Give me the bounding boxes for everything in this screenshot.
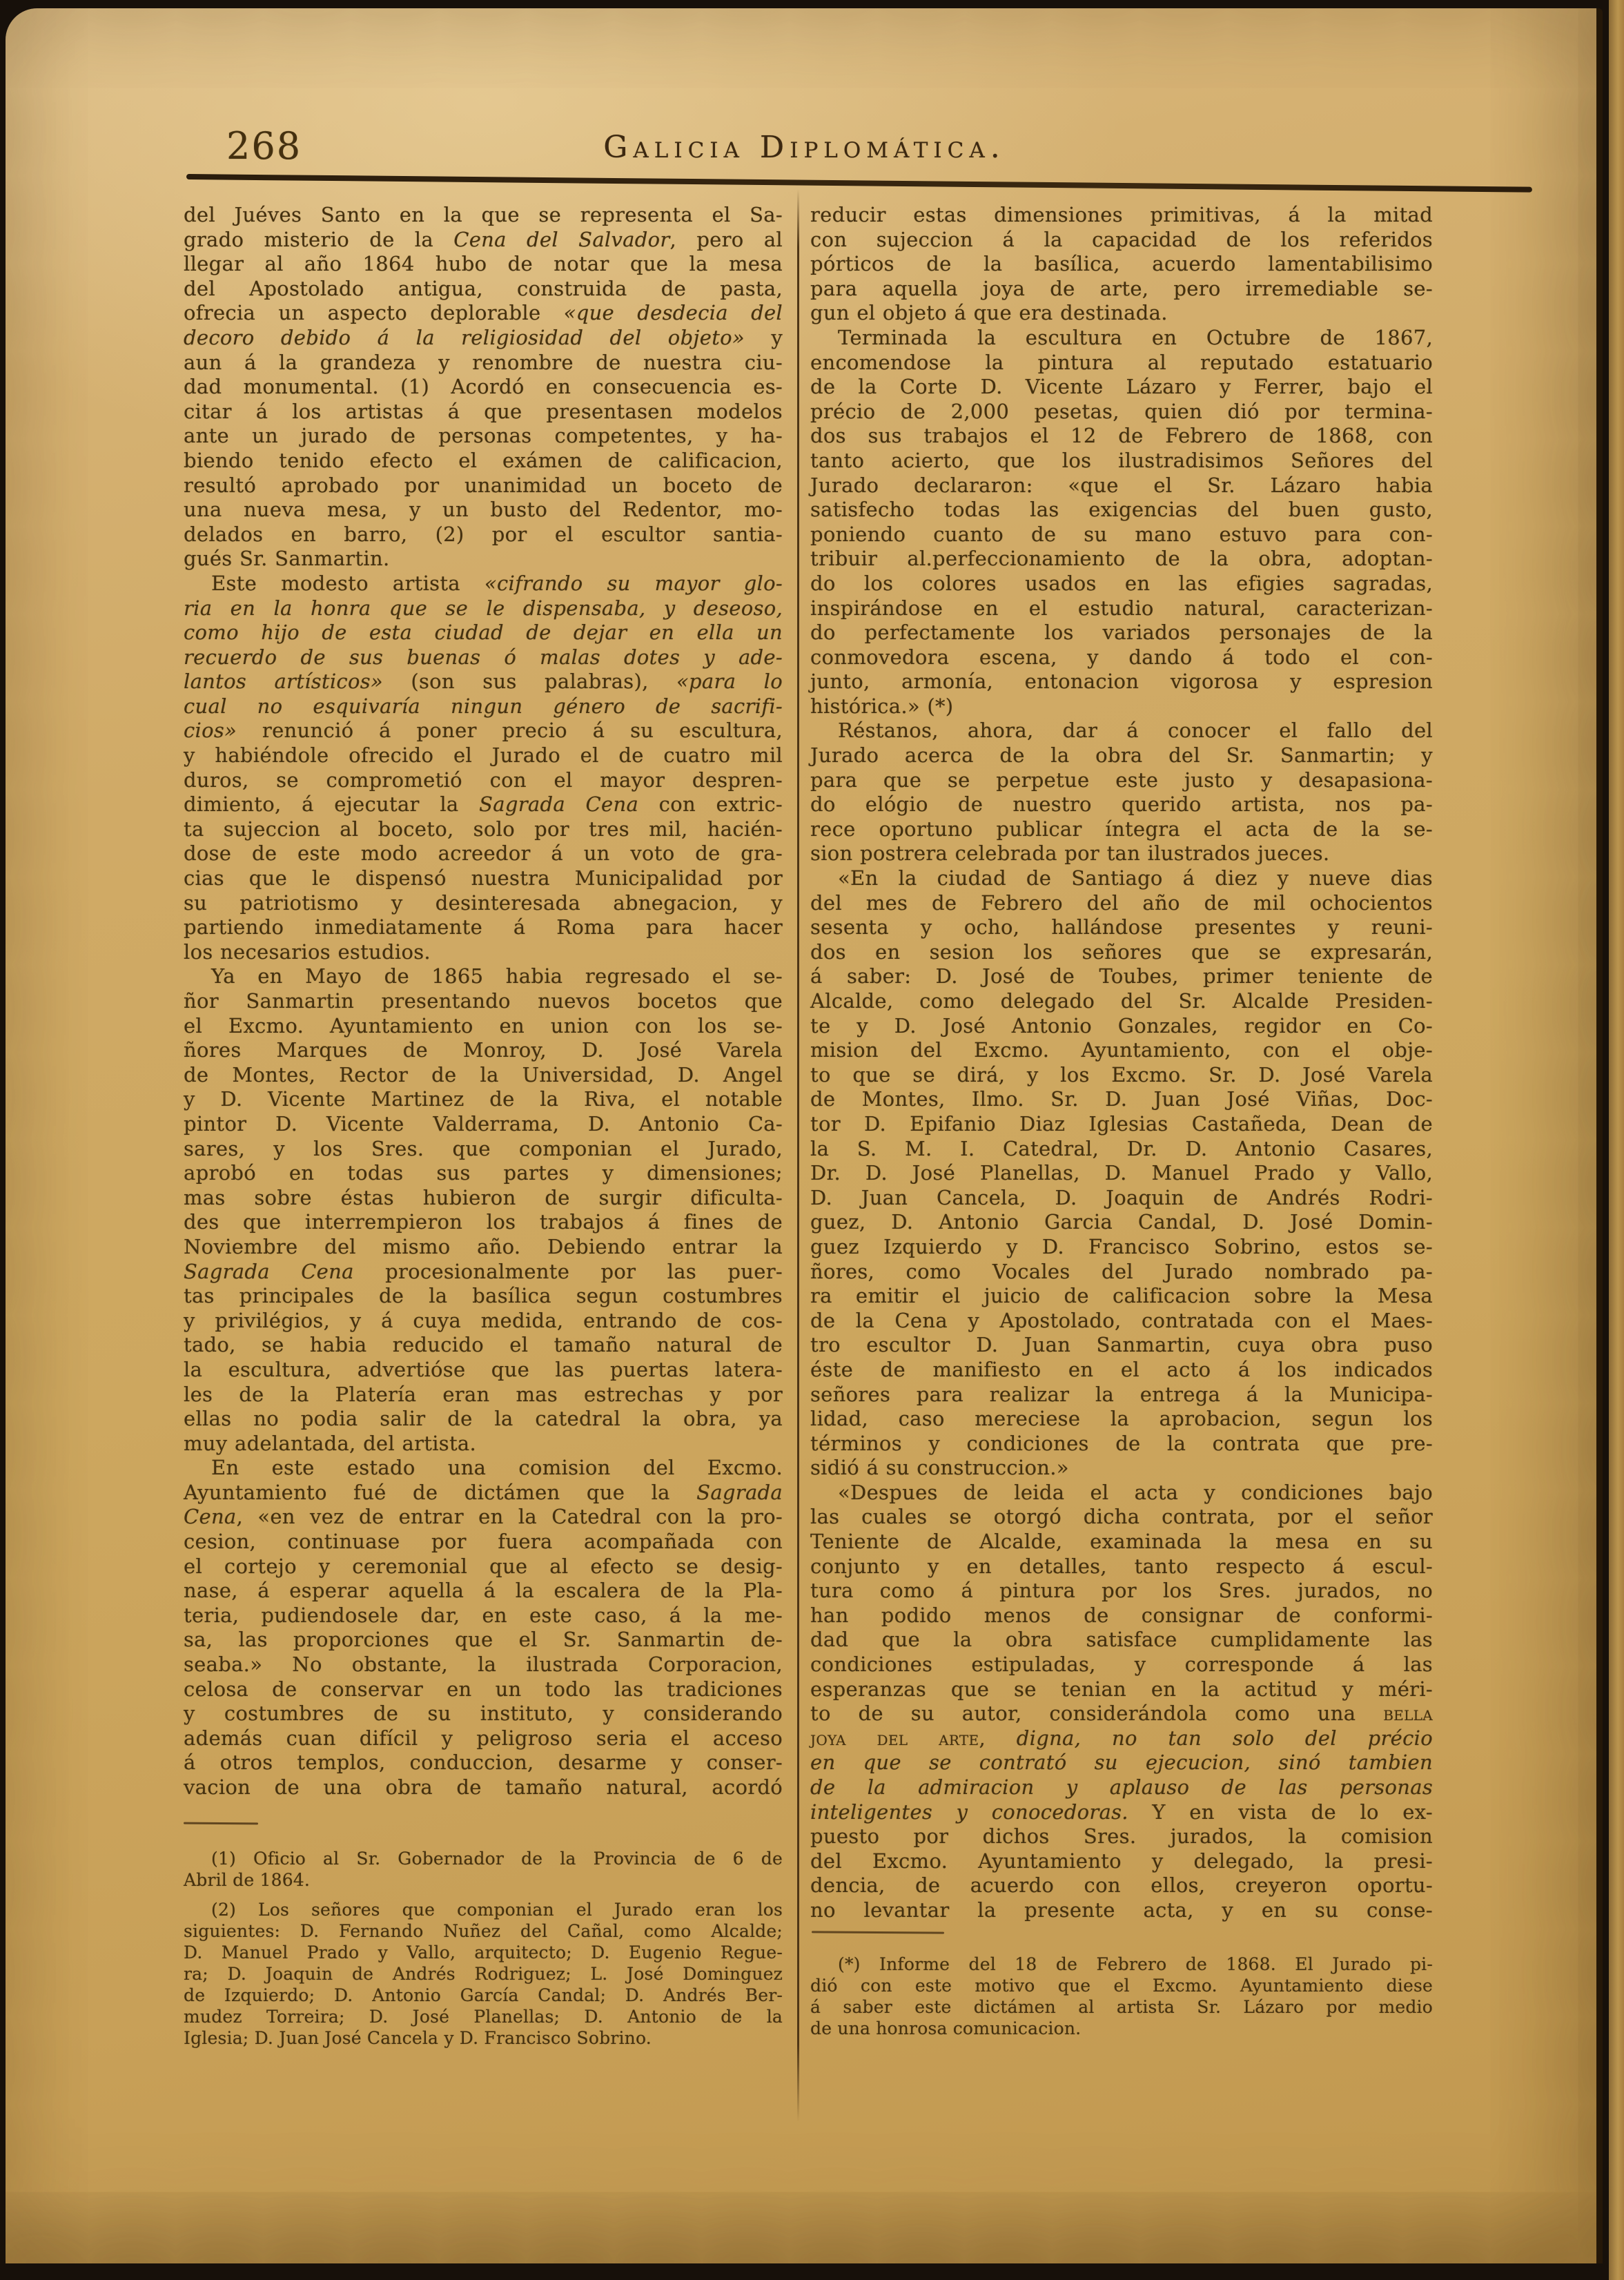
text-line: inteligentes y conocedoras. Y en vista d…: [810, 1800, 1433, 1825]
footnote-line: (*) Informe del 18 de Febrero de 1868. E…: [810, 1953, 1433, 1975]
text-line: D. Juan Cancela, D. Joaquin de Andrés Ro…: [810, 1186, 1433, 1211]
text-line: el cortejo y ceremonial que al efecto se…: [184, 1555, 783, 1579]
text-line: conjunto y en detalles, tanto respecto á…: [810, 1555, 1433, 1579]
text-line: y privilégios, y á cuya medida, entrando…: [184, 1309, 783, 1334]
text-line: do elógio de nuestro querido artista, no…: [810, 792, 1433, 817]
text-line: el Excmo. Ayuntamiento en union con los …: [184, 1014, 783, 1039]
text-line: ñores Marques de Monroy, D. José Varela: [184, 1038, 783, 1063]
right-column: reducir estas dimensiones primitivas, á …: [810, 203, 1433, 1923]
text-line: gun el objeto á que era destinada.: [810, 301, 1433, 326]
text-line: dad que la obra satisface cumplidamente …: [810, 1628, 1433, 1653]
text-line: de Montes, Rector de la Universidad, D. …: [184, 1063, 783, 1088]
text-line: précio de 2,000 pesetas, quien dió por t…: [810, 400, 1433, 425]
text-line: los necesarios estudios.: [184, 940, 783, 965]
text-line: to que se dirá, y los Excmo. Sr. D. José…: [810, 1063, 1433, 1088]
text-line: sion postrera celebrada por tan ilustrad…: [810, 841, 1433, 866]
text-line: y costumbres de su instituto, y consider…: [184, 1702, 783, 1726]
text-line: poniendo cuanto de su mano estuvo para c…: [810, 523, 1433, 547]
text-line: tura como á pintura por los Sres. jurado…: [810, 1579, 1433, 1604]
text-line: muy adelantada, del artista.: [184, 1432, 783, 1456]
text-line: rece oportuno publicar íntegra el acta d…: [810, 817, 1433, 842]
column-divider-rule: [797, 189, 799, 2122]
text-line: lantos artísticos» (son sus palabras), «…: [184, 670, 783, 694]
text-line: En este estado una comision del Excmo.: [184, 1456, 783, 1481]
text-line: ria en la honra que se le dispensaba, y …: [184, 596, 783, 621]
text-line: seaba.» No obstante, la ilustrada Corpor…: [184, 1653, 783, 1677]
text-line: á otros templos, conduccion, desarme y c…: [184, 1751, 783, 1775]
text-line: nase, á esperar aquella á la escalera de…: [184, 1579, 783, 1604]
footnote-line: de una honrosa comunicacion.: [810, 2018, 1433, 2039]
text-line: han podido menos de consignar de conform…: [810, 1604, 1433, 1628]
text-line: Réstanos, ahora, dar á conocer el fallo …: [810, 719, 1433, 743]
text-line: las cuales se otorgó dicha contrata, por…: [810, 1505, 1433, 1530]
footnote-line: (2) Los señores que componian el Jurado …: [184, 1899, 783, 1920]
text-line: puesto por dichos Sres. jurados, la comi…: [810, 1824, 1433, 1849]
text-line: pintor D. Vicente Valderrama, D. Antonio…: [184, 1112, 783, 1137]
text-line: tro escultor D. Juan Sanmartin, cuya obr…: [810, 1333, 1433, 1358]
text-line: condiciones estipuladas, y corresponde á…: [810, 1653, 1433, 1677]
text-line: reducir estas dimensiones primitivas, á …: [810, 203, 1433, 228]
text-line: para que se perpetue este justo y desapa…: [810, 768, 1433, 793]
scanned-page: 268 Galicia Diplomática. del Juéves Sant…: [0, 0, 1624, 2280]
text-line: Este modesto artista «cifrando su mayor …: [184, 572, 783, 596]
text-line: la escultura, advertióse que las puertas…: [184, 1358, 783, 1383]
text-line: mas sobre éstas hubieron de surgir dific…: [184, 1186, 783, 1211]
text-line: sidió á su construccion.»: [810, 1456, 1433, 1481]
text-line: satisfecho todas las exigencias del buen…: [810, 498, 1433, 523]
text-line: del Excmo. Ayuntamiento y delegado, la p…: [810, 1849, 1433, 1874]
page-title: Galicia Diplomática.: [178, 130, 1431, 165]
text-line: junto, armonía, entonacion vigorosa y es…: [810, 670, 1433, 694]
text-line: vacion de una obra de tamaño natural, ac…: [184, 1775, 783, 1800]
text-line: Ya en Mayo de 1865 habia regresado el se…: [184, 964, 783, 989]
text-line: do perfectamente los variados personajes…: [810, 621, 1433, 645]
text-line: sesenta y ocho, hallándose presentes y r…: [810, 915, 1433, 940]
text-line: grado misterio de la Cena del Salvador, …: [184, 228, 783, 253]
footnote-line: siguientes: D. Fernando Nuñez del Cañal,…: [184, 1920, 783, 1942]
footnote-line: ra; D. Joaquin de Andrés Rodriguez; L. J…: [184, 1963, 783, 1985]
text-line: dos sus trabajos el 12 de Febrero de 186…: [810, 424, 1433, 449]
text-line: recuerdo de sus buenas ó malas dotes y a…: [184, 645, 783, 670]
left-footnotes: (1) Oficio al Sr. Gobernador de la Provi…: [184, 1848, 783, 2049]
text-line: del Apostolado antigua, construida de pa…: [184, 277, 783, 302]
text-line: á saber: D. José de Toubes, primer tenie…: [810, 964, 1433, 989]
text-line: dad monumental. (1) Acordó en consecuenc…: [184, 375, 783, 400]
text-line: Jurado declararon: «que el Sr. Lázaro ha…: [810, 474, 1433, 498]
text-line: tas principales de la basílica segun cos…: [184, 1284, 783, 1309]
text-line: de Montes, Ilmo. Sr. D. Juan José Viñas,…: [810, 1087, 1433, 1112]
text-line: «En la ciudad de Santiago á diez y nueve…: [810, 866, 1433, 891]
text-line: éste de manifiesto en el acto á los indi…: [810, 1358, 1433, 1383]
text-line: des que interrempieron los trabajos á fi…: [184, 1210, 783, 1235]
text-line: inspirándose en el estudio natural, cara…: [810, 596, 1433, 621]
text-line: ra emitir el juicio de calificacion sobr…: [810, 1284, 1433, 1309]
right-footnote: (*) Informe del 18 de Febrero de 1868. E…: [810, 1953, 1433, 2039]
text-line: tanto acierto, que los ilustradisimos Se…: [810, 449, 1433, 474]
text-line: gués Sr. Sanmartin.: [184, 547, 783, 572]
text-line: les de la Platería eran mas estrechas y …: [184, 1383, 783, 1407]
text-line: cios» renunció á poner precio á su escul…: [184, 719, 783, 743]
text-line: su patriotismo y desinteresada abnegacio…: [184, 891, 783, 916]
text-line: do los colores usados en las efigies sag…: [810, 572, 1433, 596]
text-line: resultó aprobado por unanimidad un bocet…: [184, 474, 783, 498]
text-line: la S. M. I. Catedral, Dr. D. Antonio Cas…: [810, 1137, 1433, 1162]
text-line: tado, se habia reducido el tamaño natura…: [184, 1333, 783, 1358]
footnote-separator-right: [812, 1931, 944, 1933]
text-line: biendo tenido efecto el exámen de califi…: [184, 449, 783, 474]
text-line: delados en barro, (2) por el escultor sa…: [184, 523, 783, 547]
text-line: aprobó en todas sus partes y dimensiones…: [184, 1161, 783, 1186]
text-line: como hijo de esta ciudad de dejar en ell…: [184, 621, 783, 645]
text-line: guez Izquierdo y D. Francisco Sobrino, e…: [810, 1235, 1433, 1260]
text-line: Cena, «en vez de entrar en la Catedral c…: [184, 1505, 783, 1530]
text-line: joya del arte, digna, no tan solo del pr…: [810, 1726, 1433, 1751]
text-line: Alcalde, como delegado del Sr. Alcalde P…: [810, 989, 1433, 1014]
footnote-line: Abril de 1864.: [184, 1869, 783, 1891]
text-line: decoro debido á la religiosidad del obje…: [184, 326, 783, 351]
text-line: histórica.» (*): [810, 694, 1433, 719]
text-line: to de su autor, considerándola como una …: [810, 1702, 1433, 1726]
text-line: aun á la grandeza y renombre de nuestra …: [184, 351, 783, 376]
text-line: «Despues de leida el acta y condiciones …: [810, 1481, 1433, 1506]
footnote-line: (1) Oficio al Sr. Gobernador de la Provi…: [184, 1848, 783, 1869]
text-line: duros, se comprometió con el mayor despr…: [184, 768, 783, 793]
text-line: señores para realizar la entrega á la Mu…: [810, 1383, 1433, 1407]
text-line: ofrecia un aspecto deplorable «que desde…: [184, 301, 783, 326]
text-line: términos y condiciones de la contrata qu…: [810, 1432, 1433, 1456]
text-line: y D. Vicente Martinez de la Riva, el not…: [184, 1087, 783, 1112]
text-line: Terminada la escultura en Octubre de 186…: [810, 326, 1433, 351]
text-line: sares, y los Sres. que componian el Jura…: [184, 1137, 783, 1162]
text-line: una nueva mesa, y un busto del Redentor,…: [184, 498, 783, 523]
text-line: Ayuntamiento fué de dictámen que la Sagr…: [184, 1481, 783, 1506]
footnote-line: mudez Torreira; D. José Planellas; D. An…: [184, 2006, 783, 2027]
text-line: mision del Excmo. Ayuntamiento, con el o…: [810, 1038, 1433, 1063]
text-line: Teniente de Alcalde, examinada la mesa e…: [810, 1530, 1433, 1555]
text-line: dos en sesion los señores que se expresa…: [810, 940, 1433, 965]
text-line: partiendo inmediatamente á Roma para hac…: [184, 915, 783, 940]
text-line: teria, pudiendosele dar, en este caso, á…: [184, 1604, 783, 1628]
text-line: cesion, continuase por fuera acompañada …: [184, 1530, 783, 1555]
text-line: encomendose la pintura al reputado estat…: [810, 351, 1433, 376]
footnote-line: D. Manuel Prado y Vallo, arquitecto; D. …: [184, 1942, 783, 1963]
text-line: de la Corte D. Vicente Lázaro y Ferrer, …: [810, 375, 1433, 400]
text-line: Dr. D. José Planellas, D. Manuel Prado y…: [810, 1161, 1433, 1186]
text-line: en que se contrató su ejecucion, sinó ta…: [810, 1751, 1433, 1775]
text-line: Sagrada Cena procesionalmente por las pu…: [184, 1260, 783, 1285]
text-line: del mes de Febrero del año de mil ochoci…: [810, 891, 1433, 916]
text-line: no levantar la presente acta, y en su co…: [810, 1898, 1433, 1923]
text-line: y habiéndole ofrecido el Jurado el de cu…: [184, 743, 783, 768]
text-line: cual no esquivaría ningun género de sacr…: [184, 694, 783, 719]
text-line: dencia, de acuerdo con ellos, creyeron o…: [810, 1873, 1433, 1898]
text-line: Jurado acerca de la obra del Sr. Sanmart…: [810, 743, 1433, 768]
text-line: esperanzas que se tenian en la actitud y…: [810, 1677, 1433, 1702]
text-line: tor D. Epifanio Diaz Iglesias Castañeda,…: [810, 1112, 1433, 1137]
text-line: con sujeccion á la capacidad de los refe…: [810, 228, 1433, 253]
text-line: citar á los artistas á que presentasen m…: [184, 400, 783, 425]
text-line: ellas no podia salir de la catedral la o…: [184, 1407, 783, 1432]
text-line: de la admiracion y aplauso de las person…: [810, 1775, 1433, 1800]
text-line: guez, D. Antonio Garcia Candal, D. José …: [810, 1210, 1433, 1235]
text-line: además cuan difícil y peligroso seria el…: [184, 1726, 783, 1751]
paper-sheet: 268 Galicia Diplomática. del Juéves Sant…: [6, 8, 1603, 2263]
text-line: Noviembre del mismo año. Debiendo entrar…: [184, 1235, 783, 1260]
text-line: conmovedora escena, y dando á todo el co…: [810, 645, 1433, 670]
text-line: llegar al año 1864 hubo de notar que la …: [184, 252, 783, 277]
text-line: dimiento, á ejecutar la Sagrada Cena con…: [184, 792, 783, 817]
adjacent-page-edge: [1609, 0, 1624, 2280]
text-line: ñor Sanmartin presentando nuevos bocetos…: [184, 989, 783, 1014]
text-line: del Juéves Santo en la que se representa…: [184, 203, 783, 228]
text-line: de la Cena y Apostolado, contratada con …: [810, 1309, 1433, 1334]
footnote-line: Iglesia; D. Juan José Cancela y D. Franc…: [184, 2027, 783, 2049]
footnote-line: de Izquierdo; D. Antonio García Candal; …: [184, 1985, 783, 2006]
footnote-separator-left: [184, 1822, 258, 1825]
text-line: tribuir al.perfeccionamiento de la obra,…: [810, 547, 1433, 572]
text-line: cias que le dispensó nuestra Municipalid…: [184, 866, 783, 891]
text-line: para aquella joya de arte, pero irremedi…: [810, 277, 1433, 302]
text-line: dose de este modo acreedor á un voto de …: [184, 841, 783, 866]
text-line: ante un jurado de personas competentes, …: [184, 424, 783, 449]
text-line: lidad, caso mereciese la aprobacion, seg…: [810, 1407, 1433, 1432]
text-line: ta sujeccion al boceto, solo por tres mi…: [184, 817, 783, 842]
text-line: ñores, como Vocales del Jurado nombrado …: [810, 1260, 1433, 1285]
left-column: del Juéves Santo en la que se representa…: [184, 203, 783, 1800]
footnote-line: á saber este dictámen al artista Sr. Láz…: [810, 1996, 1433, 2018]
text-line: sa, las proporciones que el Sr. Sanmarti…: [184, 1628, 783, 1653]
header-rule: [186, 174, 1532, 193]
footnote-line: dió con este motivo que el Excmo. Ayunta…: [810, 1975, 1433, 1996]
text-line: celosa de conservar en un todo las tradi…: [184, 1677, 783, 1702]
text-line: pórticos de la basílica, acuerdo lamenta…: [810, 252, 1433, 277]
text-line: te y D. José Antonio Gonzales, regidor e…: [810, 1014, 1433, 1039]
